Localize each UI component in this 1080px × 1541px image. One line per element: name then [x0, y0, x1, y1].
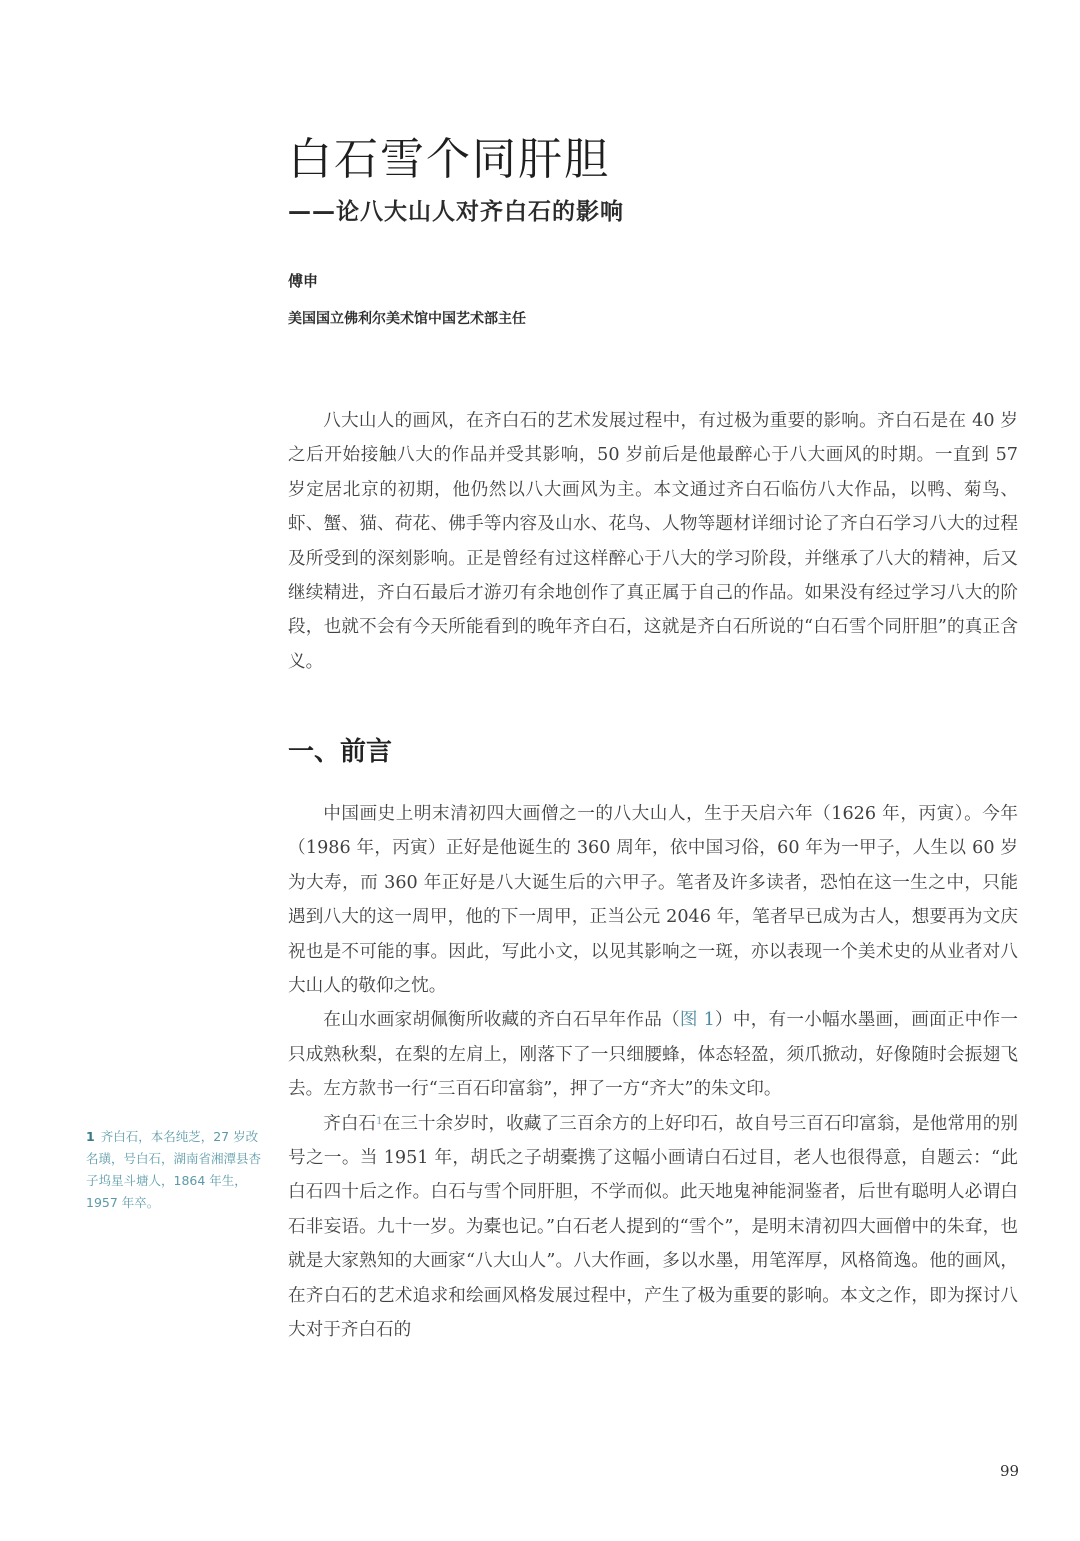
abstract: 八大山人的画风，在齐白石的艺术发展过程中，有过极为重要的影响。齐白石是在 40 … [288, 404, 1018, 679]
paragraph-3: 齐白石1在三十余岁时，收藏了三百余方的上好印石，故自号三百石印富翁，是他常用的别… [288, 1107, 1018, 1348]
section-heading: 一、前言 [288, 731, 392, 768]
abstract-text: 八大山人的画风，在齐白石的艺术发展过程中，有过极为重要的影响。齐白石是在 40 … [288, 404, 1018, 679]
section-body: 中国画史上明末清初四大画僧之一的八大山人，生于天启六年（1626 年，丙寅）。今… [288, 797, 1018, 1348]
footnote-marker[interactable]: 1 [376, 1116, 382, 1127]
paragraph-3-text-b: 在三十余岁时，收藏了三百余方的上好印石，故自号三百石印富翁，是他常用的别号之一。… [288, 1114, 1018, 1340]
paragraph-2: 在山水画家胡佩衡所收藏的齐白石早年作品（图 1）中，有一小幅水墨画，画面正中作一… [288, 1003, 1018, 1106]
footnote-text: 齐白石，本名纯芝，27 岁改名璜，号白石，湖南省湘潭县杏子坞星斗塘人，1864 … [86, 1129, 261, 1210]
author-name: 傅申 [288, 270, 318, 291]
paragraph-1: 中国画史上明末清初四大画僧之一的八大山人，生于天启六年（1626 年，丙寅）。今… [288, 797, 1018, 1003]
article-subtitle: ——论八大山人对齐白石的影响 [288, 196, 624, 228]
article-title: 白石雪个同肝胆 [288, 132, 610, 188]
footnote-number: 1 [86, 1129, 95, 1144]
figure-1-reference[interactable]: 图 1 [680, 1010, 715, 1030]
author-affiliation: 美国国立佛利尔美术馆中国艺术部主任 [288, 308, 526, 328]
paragraph-2-text-a: 在山水画家胡佩衡所收藏的齐白石早年作品（ [323, 1010, 680, 1030]
page-number: 99 [1000, 1462, 1019, 1480]
footnote: 1齐白石，本名纯芝，27 岁改名璜，号白石，湖南省湘潭县杏子坞星斗塘人，1864… [86, 1126, 264, 1214]
paragraph-3-text-a: 齐白石 [323, 1114, 376, 1134]
